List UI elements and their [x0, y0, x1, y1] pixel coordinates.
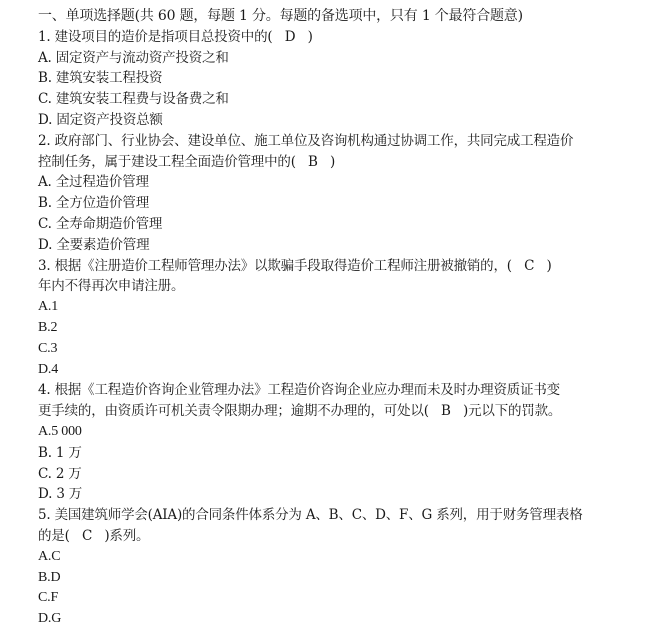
- option-d: D. 固定资产投资总额: [38, 110, 638, 131]
- option-d: D. 全要素造价管理: [38, 235, 638, 256]
- question-stem-line-1: 3. 根据《注册造价工程师管理办法》以欺骗手段取得造价工程师注册被撤销的，( C…: [38, 256, 638, 277]
- option-d: D.G: [38, 609, 638, 630]
- option-a: A.C: [38, 547, 638, 568]
- option-c: C.F: [38, 588, 638, 609]
- question-4: 4. 根据《工程造价咨询企业管理办法》工程造价咨询企业应办理而未及时办理资质证书…: [38, 380, 638, 505]
- question-stem-line-1: 5. 美国建筑师学会(AIA)的合同条件体系分为 A、B、C、D、F、G 系列，…: [38, 505, 638, 526]
- option-b: B. 1 万: [38, 443, 638, 464]
- option-b: B. 建筑安装工程投资: [38, 68, 638, 89]
- option-d: D.4: [38, 360, 638, 381]
- question-5: 5. 美国建筑师学会(AIA)的合同条件体系分为 A、B、C、D、F、G 系列，…: [38, 505, 638, 630]
- question-stem-line-2: 控制任务，属于建设工程全面造价管理中的( B ): [38, 152, 638, 173]
- question-stem-line-1: 2. 政府部门、行业协会、建设单位、施工单位及咨询机构通过协调工作，共同完成工程…: [38, 131, 638, 152]
- exam-document: 一、单项选择题(共 60 题，每题 1 分。每题的备选项中，只有 1 个最符合题…: [38, 6, 638, 630]
- option-c: C. 建筑安装工程费与设备费之和: [38, 89, 638, 110]
- question-3: 3. 根据《注册造价工程师管理办法》以欺骗手段取得造价工程师注册被撤销的，( C…: [38, 256, 638, 381]
- option-c: C.3: [38, 339, 638, 360]
- option-b: B.D: [38, 568, 638, 589]
- question-1: 1. 建设项目的造价是指项目总投资中的( D ) A. 固定资产与流动资产投资之…: [38, 27, 638, 131]
- option-b: B. 全方位造价管理: [38, 193, 638, 214]
- question-stem-line-2: 的是( C )系列。: [38, 526, 638, 547]
- question-stem-line-2: 年内不得再次申请注册。: [38, 276, 638, 297]
- option-c: C. 2 万: [38, 464, 638, 485]
- option-d: D. 3 万: [38, 484, 638, 505]
- question-stem-line-1: 4. 根据《工程造价咨询企业管理办法》工程造价咨询企业应办理而未及时办理资质证书…: [38, 380, 638, 401]
- question-stem-line-2: 更手续的，由资质许可机关责令限期办理；逾期不办理的，可处以( B )元以下的罚款…: [38, 401, 638, 422]
- option-b: B.2: [38, 318, 638, 339]
- option-a: A.1: [38, 297, 638, 318]
- question-stem: 1. 建设项目的造价是指项目总投资中的( D ): [38, 27, 638, 48]
- option-a: A. 固定资产与流动资产投资之和: [38, 48, 638, 69]
- option-a: A. 全过程造价管理: [38, 172, 638, 193]
- question-2: 2. 政府部门、行业协会、建设单位、施工单位及咨询机构通过协调工作，共同完成工程…: [38, 131, 638, 256]
- section-heading: 一、单项选择题(共 60 题，每题 1 分。每题的备选项中，只有 1 个最符合题…: [38, 6, 638, 27]
- option-c: C. 全寿命期造价管理: [38, 214, 638, 235]
- option-a: A.5 000: [38, 422, 638, 443]
